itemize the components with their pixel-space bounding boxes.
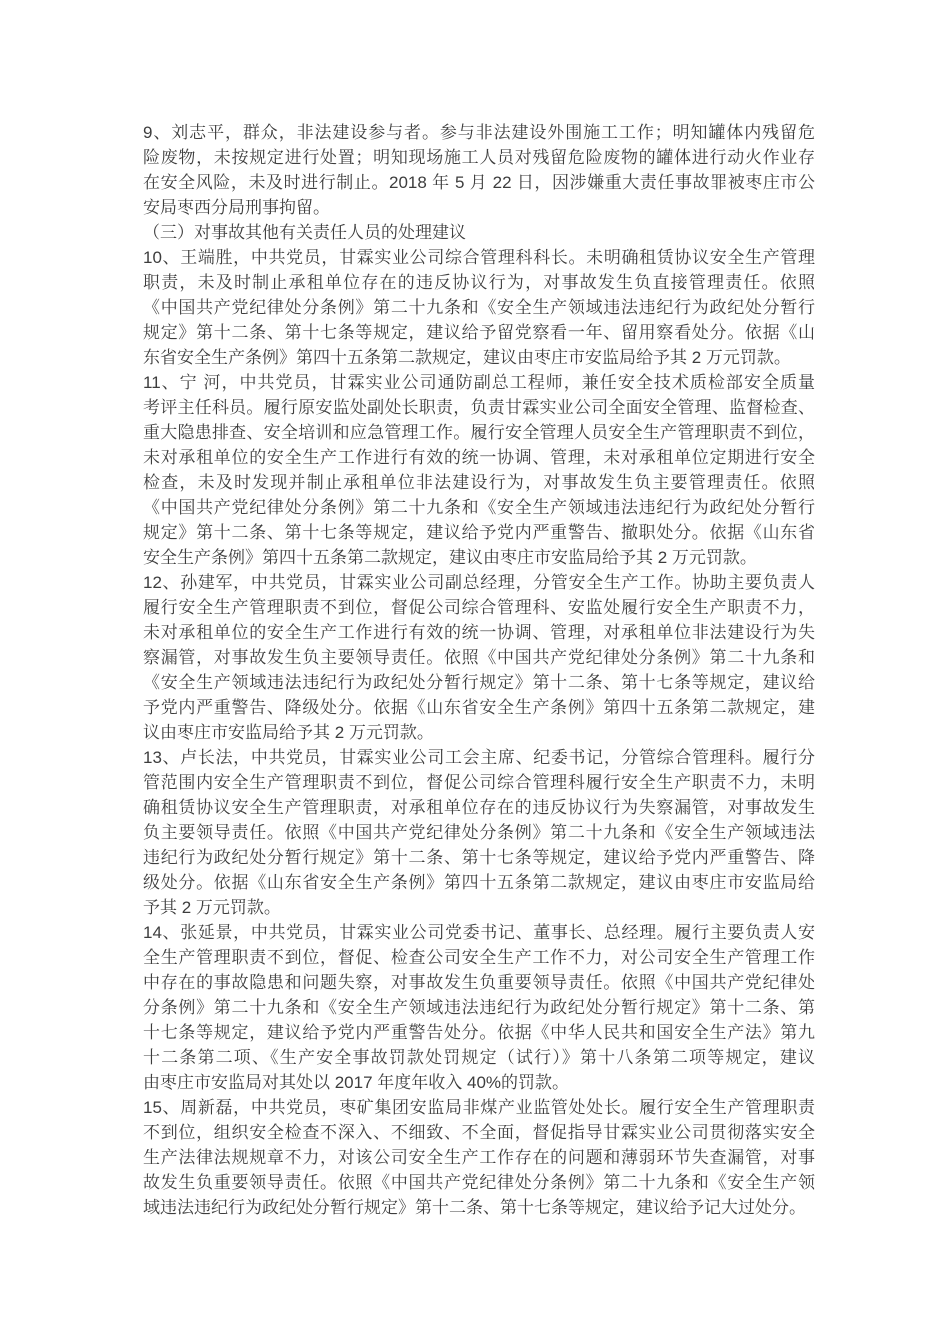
text-line: 十二条第二项、《生产安全事故罚款处罚规定（试行）》第十八条第二项等规定，建议 [143,1045,815,1070]
text-line: 察漏管，对事故发生负主要领导责任。依照《中国共产党纪律处分条例》第二十九条和 [143,645,815,670]
text-line: 《安全生产领域违法违纪行为政纪处分暂行规定》第十二条、第十七条等规定，建议给 [143,670,815,695]
text-line: 予党内严重警告、降级处分。依据《山东省安全生产条例》第四十五条第二款规定，建 [143,695,815,720]
text-line: 规定》第十二条、第十七条等规定，建议给予党内严重警告、撤职处分。依据《山东省 [143,520,815,545]
paragraph-item-9: 9、刘志平，群众，非法建设参与者。参与非法建设外围施工工作；明知罐体内残留危险废… [143,120,815,220]
text-line: 域违法违纪行为政纪处分暂行规定》第十二条、第十七条等规定，建议给予记大过处分。 [143,1195,815,1220]
text-line: 13、卢长法，中共党员，甘霖实业公司工会主席、纪委书记，分管综合管理科。履行分 [143,745,815,770]
text-line: 险废物，未按规定进行处置；明知现场施工人员对残留危险废物的罐体进行动火作业存 [143,145,815,170]
text-line: 故发生负重要领导责任。依照《中国共产党纪律处分条例》第二十九条和《安全生产领 [143,1170,815,1195]
text-line: 不到位，组织安全检查不深入、不细致、不全面，督促指导甘霖实业公司贯彻落实安全 [143,1120,815,1145]
text-line: 履行安全生产管理职责不到位，督促公司综合管理科、安监处履行安全生产职责不力， [143,595,815,620]
text-line: 在安全风险，未及时进行制止。2018 年 5 月 22 日，因涉嫌重大责任事故罪… [143,170,815,195]
text-line: 检查，未及时发现并制止承租单位非法建设行为，对事故发生负主要管理责任。依照 [143,470,815,495]
paragraph-item-10: 10、王端胜，中共党员，甘霖实业公司综合管理科科长。未明确租赁协议安全生产管理职… [143,245,815,370]
text-line: 全生产管理职责不到位，督促、检查公司安全生产工作不力，对公司安全生产管理工作 [143,945,815,970]
text-line: 十七条等规定，建议给予党内严重警告处分。依据《中华人民共和国安全生产法》第九 [143,1020,815,1045]
paragraph-item-13: 13、卢长法，中共党员，甘霖实业公司工会主席、纪委书记，分管综合管理科。履行分管… [143,745,815,920]
text-line: 未对承租单位的安全生产工作进行有效的统一协调、管理，未对承租单位定期进行安全 [143,445,815,470]
text-line: 考评主任科员。履行原安监处副处长职责，负责甘霖实业公司全面安全管理、监督检查、 [143,395,815,420]
text-line: 《中国共产党纪律处分条例》第二十九条和《安全生产领域违法违纪行为政纪处分暂行 [143,495,815,520]
text-line: 《中国共产党纪律处分条例》第二十九条和《安全生产领域违法违纪行为政纪处分暂行 [143,295,815,320]
text-line: 安全生产条例》第四十五条第二款规定，建议由枣庄市安监局给予其 2 万元罚款。 [143,545,815,570]
text-line: 未对承租单位的安全生产工作进行有效的统一协调、管理，对承租单位非法建设行为失 [143,620,815,645]
text-line: 14、张延景，中共党员，甘霖实业公司党委书记、董事长、总经理。履行主要负责人安 [143,920,815,945]
text-line: 由枣庄市安监局对其处以 2017 年度年收入 40%的罚款。 [143,1070,815,1095]
text-line: 中存在的事故隐患和问题失察，对事故发生负重要领导责任。依照《中国共产党纪律处 [143,970,815,995]
document-body: 9、刘志平，群众，非法建设参与者。参与非法建设外围施工工作；明知罐体内残留危险废… [143,120,815,1220]
text-line: 管范围内安全生产管理职责不到位，督促公司综合管理科履行安全生产职责不力，未明 [143,770,815,795]
paragraph-item-12: 12、孙建军，中共党员，甘霖实业公司副总经理，分管安全生产工作。协助主要负责人履… [143,570,815,745]
paragraph-item-15: 15、周新磊，中共党员，枣矿集团安监局非煤产业监管处处长。履行安全生产管理职责不… [143,1095,815,1220]
paragraph-item-14: 14、张延景，中共党员，甘霖实业公司党委书记、董事长、总经理。履行主要负责人安全… [143,920,815,1095]
text-line: 予其 2 万元罚款。 [143,895,815,920]
text-line: 9、刘志平，群众，非法建设参与者。参与非法建设外围施工工作；明知罐体内残留危 [143,120,815,145]
text-line: 规定》第十二条、第十七条等规定，建议给予留党察看一年、留用察看处分。依据《山 [143,320,815,345]
text-line: 议由枣庄市安监局给予其 2 万元罚款。 [143,720,815,745]
text-line: 违纪行为政纪处分暂行规定》第十二条、第十七条等规定，建议给予党内严重警告、降 [143,845,815,870]
document-page: 9、刘志平，群众，非法建设参与者。参与非法建设外围施工工作；明知罐体内残留危险废… [0,0,950,1344]
text-line: 东省安全生产条例》第四十五条第二款规定，建议由枣庄市安监局给予其 2 万元罚款。 [143,345,815,370]
text-line: 10、王端胜，中共党员，甘霖实业公司综合管理科科长。未明确租赁协议安全生产管理 [143,245,815,270]
text-line: 15、周新磊，中共党员，枣矿集团安监局非煤产业监管处处长。履行安全生产管理职责 [143,1095,815,1120]
text-line: 负主要领导责任。依照《中国共产党纪律处分条例》第二十九条和《安全生产领域违法 [143,820,815,845]
text-line: 职责，未及时制止承租单位存在的违反协议行为，对事故发生负直接管理责任。依照 [143,270,815,295]
paragraph-heading-section-3: （三）对事故其他有关责任人员的处理建议 [143,220,815,245]
paragraph-item-11: 11、宁 河，中共党员，甘霖实业公司通防副总工程师，兼任安全技术质检部安全质量考… [143,370,815,570]
text-line: 生产法律法规规章不力，对该公司安全生产工作存在的问题和薄弱环节失查漏管，对事 [143,1145,815,1170]
text-line: 11、宁 河，中共党员，甘霖实业公司通防副总工程师，兼任安全技术质检部安全质量 [143,370,815,395]
text-line: 分条例》第二十九条和《安全生产领域违法违纪行为政纪处分暂行规定》第十二条、第 [143,995,815,1020]
text-line: 重大隐患排查、安全培训和应急管理工作。履行安全管理人员安全生产管理职责不到位， [143,420,815,445]
text-line: （三）对事故其他有关责任人员的处理建议 [143,220,815,245]
text-line: 12、孙建军，中共党员，甘霖实业公司副总经理，分管安全生产工作。协助主要负责人 [143,570,815,595]
text-line: 安局枣西分局刑事拘留。 [143,195,815,220]
text-line: 级处分。依据《山东省安全生产条例》第四十五条第二款规定，建议由枣庄市安监局给 [143,870,815,895]
text-line: 确租赁协议安全生产管理职责，对承租单位存在的违反协议行为失察漏管，对事故发生 [143,795,815,820]
